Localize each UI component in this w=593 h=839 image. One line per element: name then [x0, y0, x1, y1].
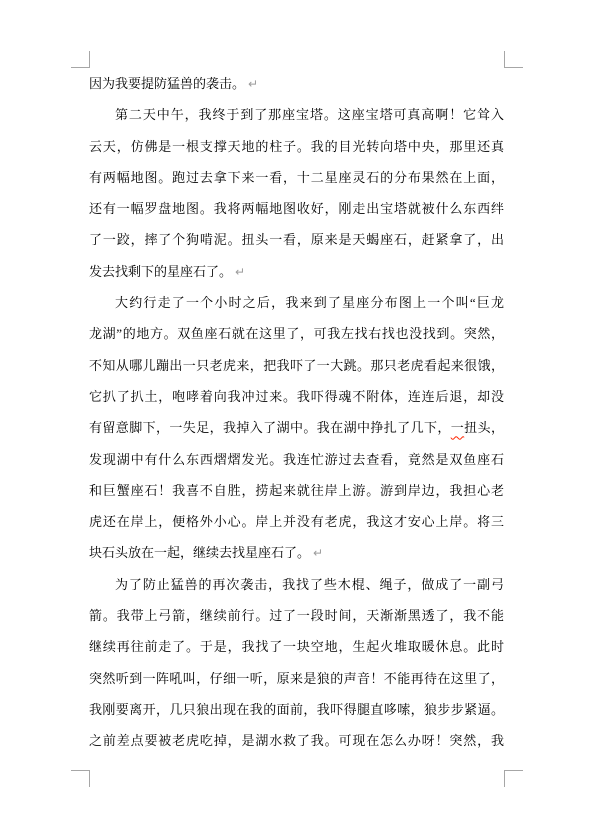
text-line[interactable]: 它扒了扒土，咆哮着向我冲过来。我吓得魂不附体，连连后退，却没 [89, 381, 504, 412]
document-text-area[interactable]: 因为我要提防猛兽的袭击。↵ 第二天中午，我终于到了那座宝塔。这座宝塔可真高啊！它… [89, 68, 504, 757]
text-line[interactable]: 发去找剩下的星座石了。↵ [89, 256, 504, 287]
text-line[interactable]: 突然听到一阵吼叫，仔细一听，原来是狼的声音！不能再待在这里了， [89, 663, 504, 694]
text-line[interactable]: 虎还在岸上，便格外小心。岸上并没有老虎，我这才安心上岸。将三 [89, 506, 504, 537]
text-line[interactable]: 为了防止猛兽的再次袭击，我找了些木棍、绳子，做成了一副弓 [89, 569, 504, 600]
crop-mark-bottom-left [71, 770, 90, 787]
crop-mark-bottom-right [504, 770, 523, 787]
text-line[interactable]: 发现湖中有什么东西熠熠发光。我连忙游过去查看，竟然是双鱼座石 [89, 444, 504, 475]
spellcheck-flagged-text: 一 [451, 420, 464, 435]
line-text: 有留意脚下，一失足，我掉入了湖中。我在湖中挣扎了几下， [89, 420, 451, 435]
text-line[interactable]: 有留意脚下，一失足，我掉入了湖中。我在湖中挣扎了几下，一扭头， [89, 412, 504, 443]
text-line[interactable]: 块石头放在一起，继续去找星座石了。↵ [89, 537, 504, 568]
text-line[interactable]: 了一跤，摔了个狗啃泥。扭头一看，原来是天蝎座石，赶紧拿了，出 [89, 224, 504, 255]
crop-mark-top-left [71, 51, 90, 68]
document-page[interactable]: 因为我要提防猛兽的袭击。↵ 第二天中午，我终于到了那座宝塔。这座宝塔可真高啊！它… [0, 0, 593, 839]
text-line[interactable]: 我刚要离开，几只狼出现在我的面前，我吓得腿直哆嗦，狼步步紧逼。 [89, 694, 504, 725]
paragraph-mark-icon: ↵ [248, 77, 258, 91]
text-line[interactable]: 大约行走了一个小时之后，我来到了星座分布图上一个叫“巨龙 [89, 287, 504, 318]
line-text: 发去找剩下的星座石了。 [89, 264, 232, 279]
line-text: 扭头， [464, 420, 504, 435]
text-line[interactable]: 还有一幅罗盘地图。我将两幅地图收好，刚走出宝塔就被什么东西绊 [89, 193, 504, 224]
text-line[interactable]: 云天，仿佛是一根支撑天地的柱子。我的目光转向塔中央，那里还真 [89, 131, 504, 162]
text-line[interactable]: 第二天中午，我终于到了那座宝塔。这座宝塔可真高啊！它耸入 [89, 99, 504, 130]
line-text: 块石头放在一起，继续去找星座石了。 [89, 545, 310, 560]
paragraph-mark-icon: ↵ [313, 546, 323, 560]
text-line[interactable]: 之前差点要被老虎吃掉，是湖水救了我。可现在怎么办呀！突然，我 [89, 725, 504, 756]
text-line[interactable]: 有两幅地图。跑过去拿下来一看，十二星座灵石的分布果然在上面， [89, 162, 504, 193]
text-line[interactable]: 和巨蟹座石！我喜不自胜，捞起来就往岸上游。游到岸边，我担心老 [89, 475, 504, 506]
paragraph-mark-icon: ↵ [235, 265, 245, 279]
text-line[interactable]: 因为我要提防猛兽的袭击。↵ [89, 68, 504, 99]
text-line[interactable]: 继续再往前走了。于是，我找了一块空地，生起火堆取暖休息。此时 [89, 631, 504, 662]
crop-mark-top-right [504, 51, 523, 68]
line-text: 因为我要提防猛兽的袭击。 [89, 76, 245, 91]
text-line[interactable]: 龙湖”的地方。双鱼座石就在这里了，可我左找右找也没找到。突然， [89, 318, 504, 349]
text-line[interactable]: 箭。我带上弓箭，继续前行。过了一段时间，天渐渐黑透了，我不能 [89, 600, 504, 631]
text-line[interactable]: 不知从哪儿蹦出一只老虎来，把我吓了一大跳。那只老虎看起来很饿， [89, 350, 504, 381]
